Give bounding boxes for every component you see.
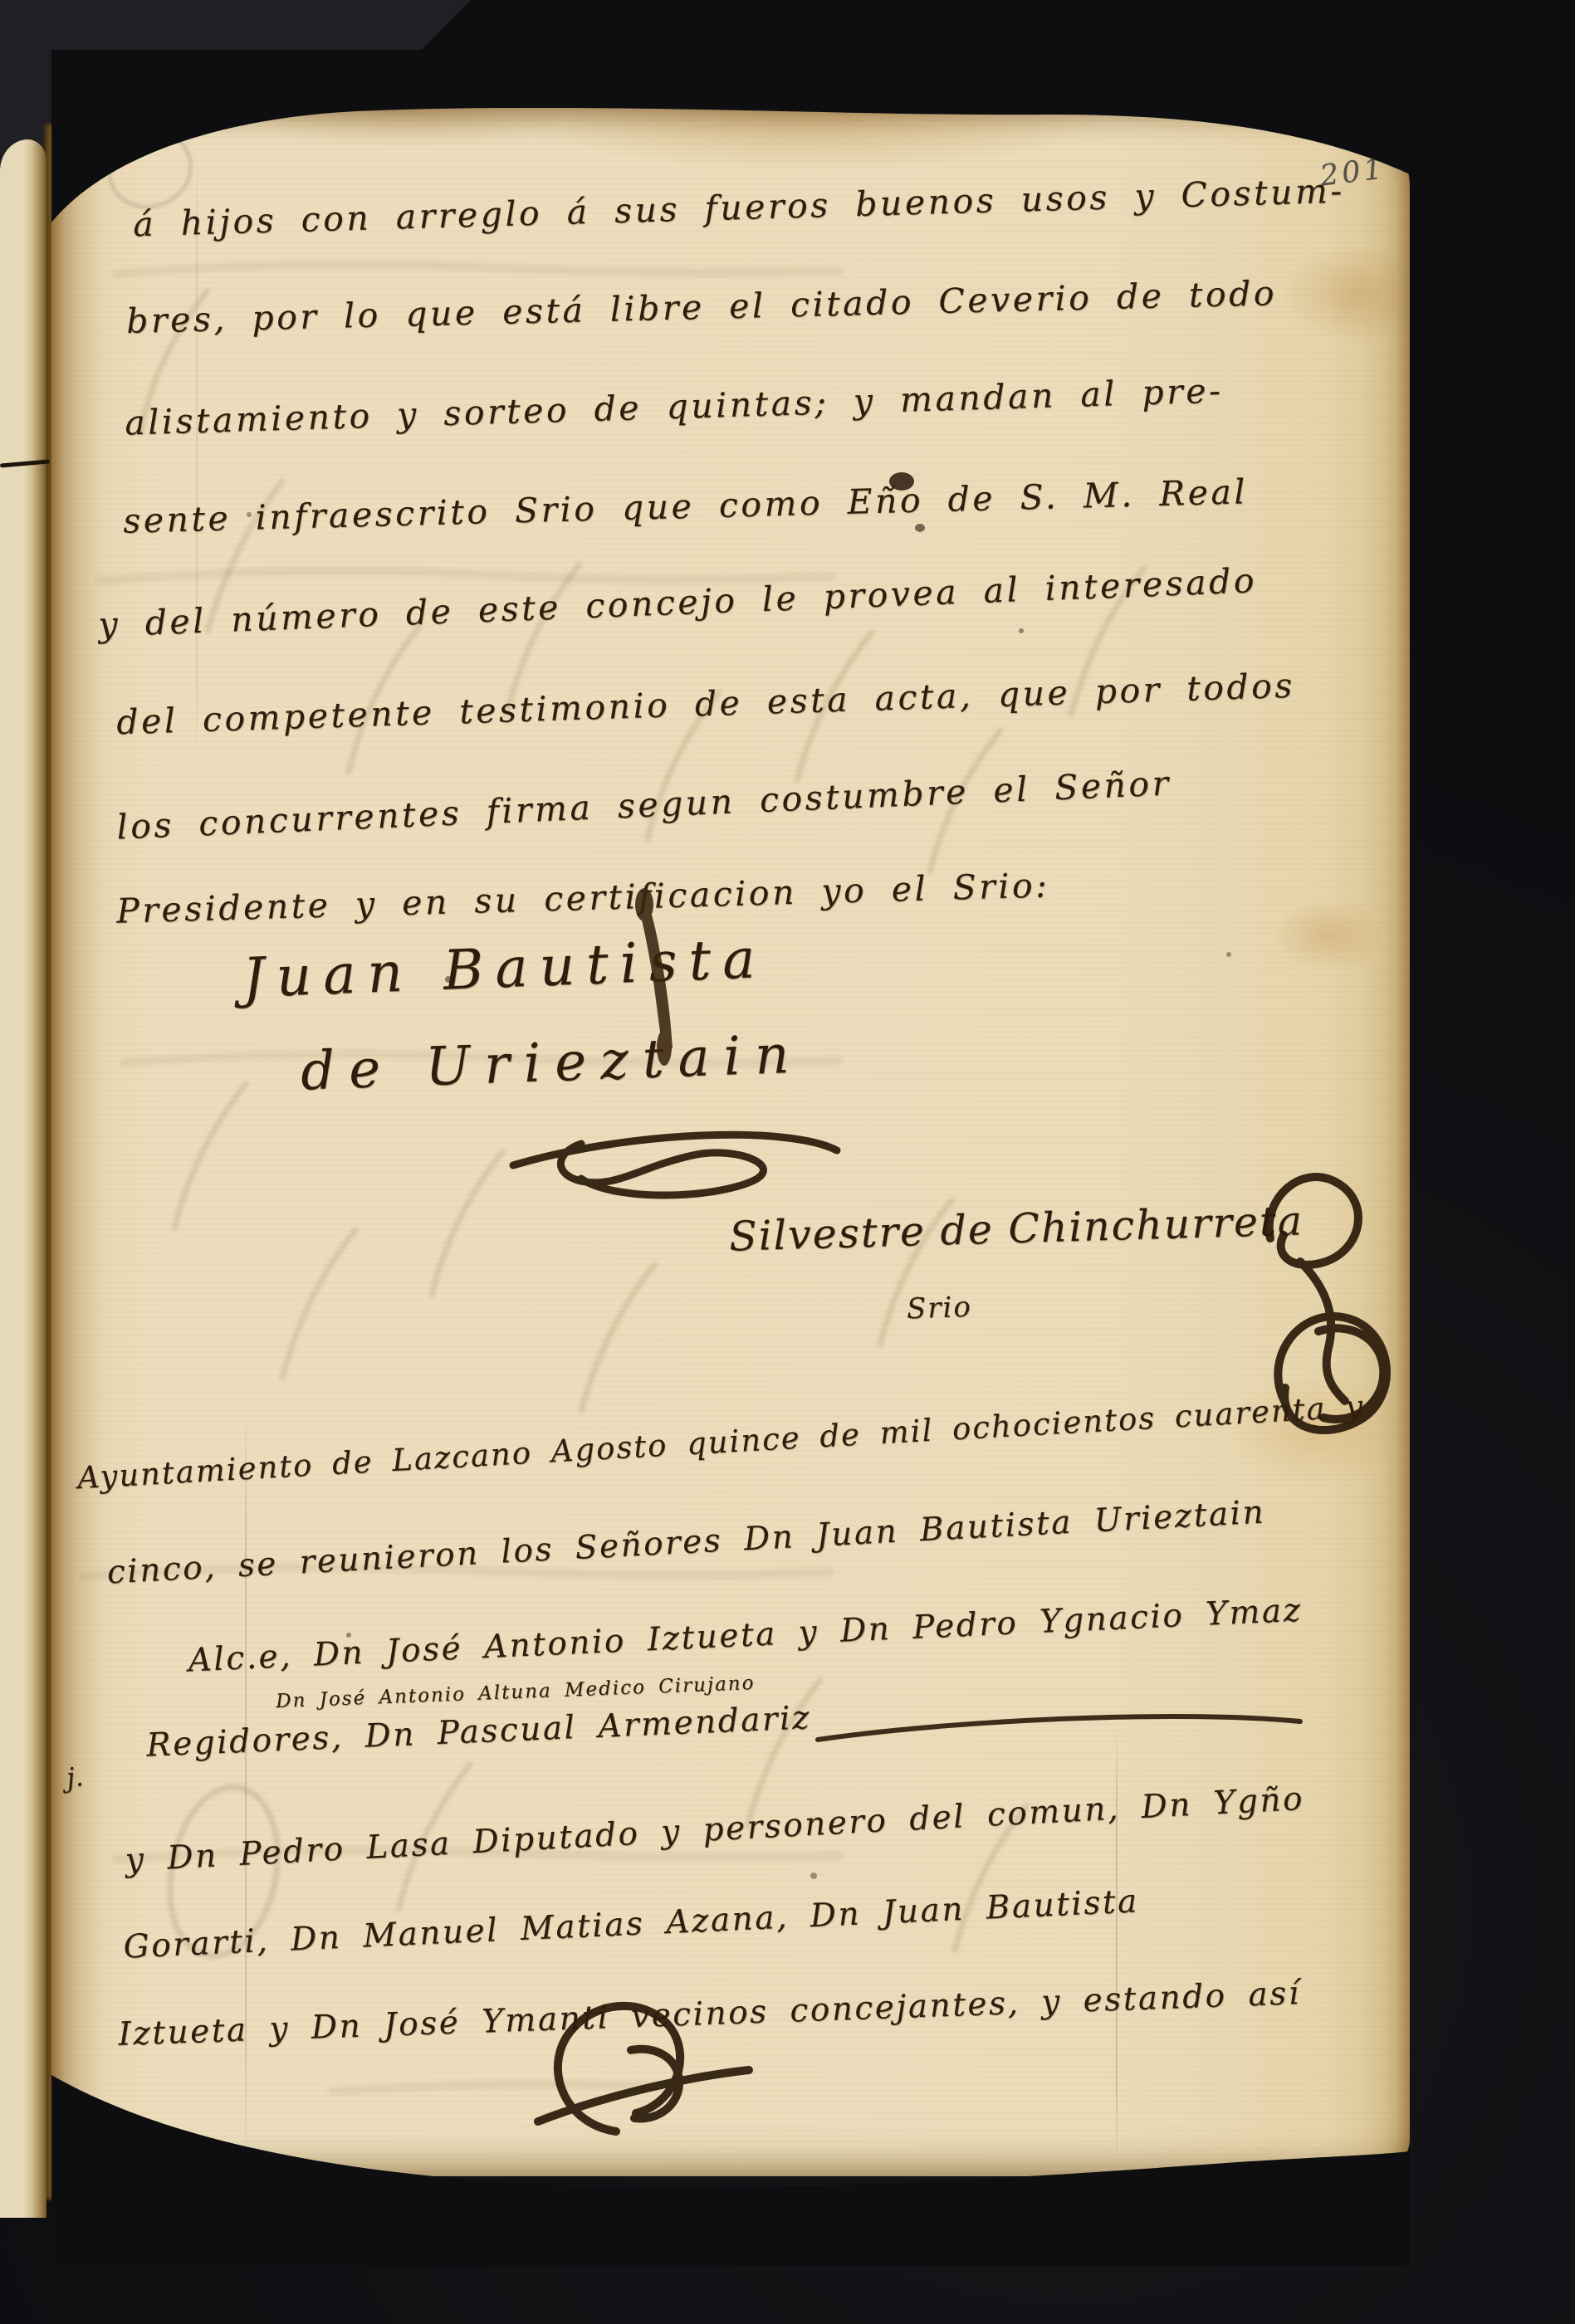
previous-page-edge	[0, 139, 46, 2218]
paper-crease	[245, 1403, 247, 2166]
margin-mark: j.	[65, 1760, 85, 1794]
signature-secretary-title: Srio	[906, 1291, 972, 1326]
manuscript-scan: 201 á hijos con arreglo á sus fueros bue…	[0, 0, 1575, 2324]
